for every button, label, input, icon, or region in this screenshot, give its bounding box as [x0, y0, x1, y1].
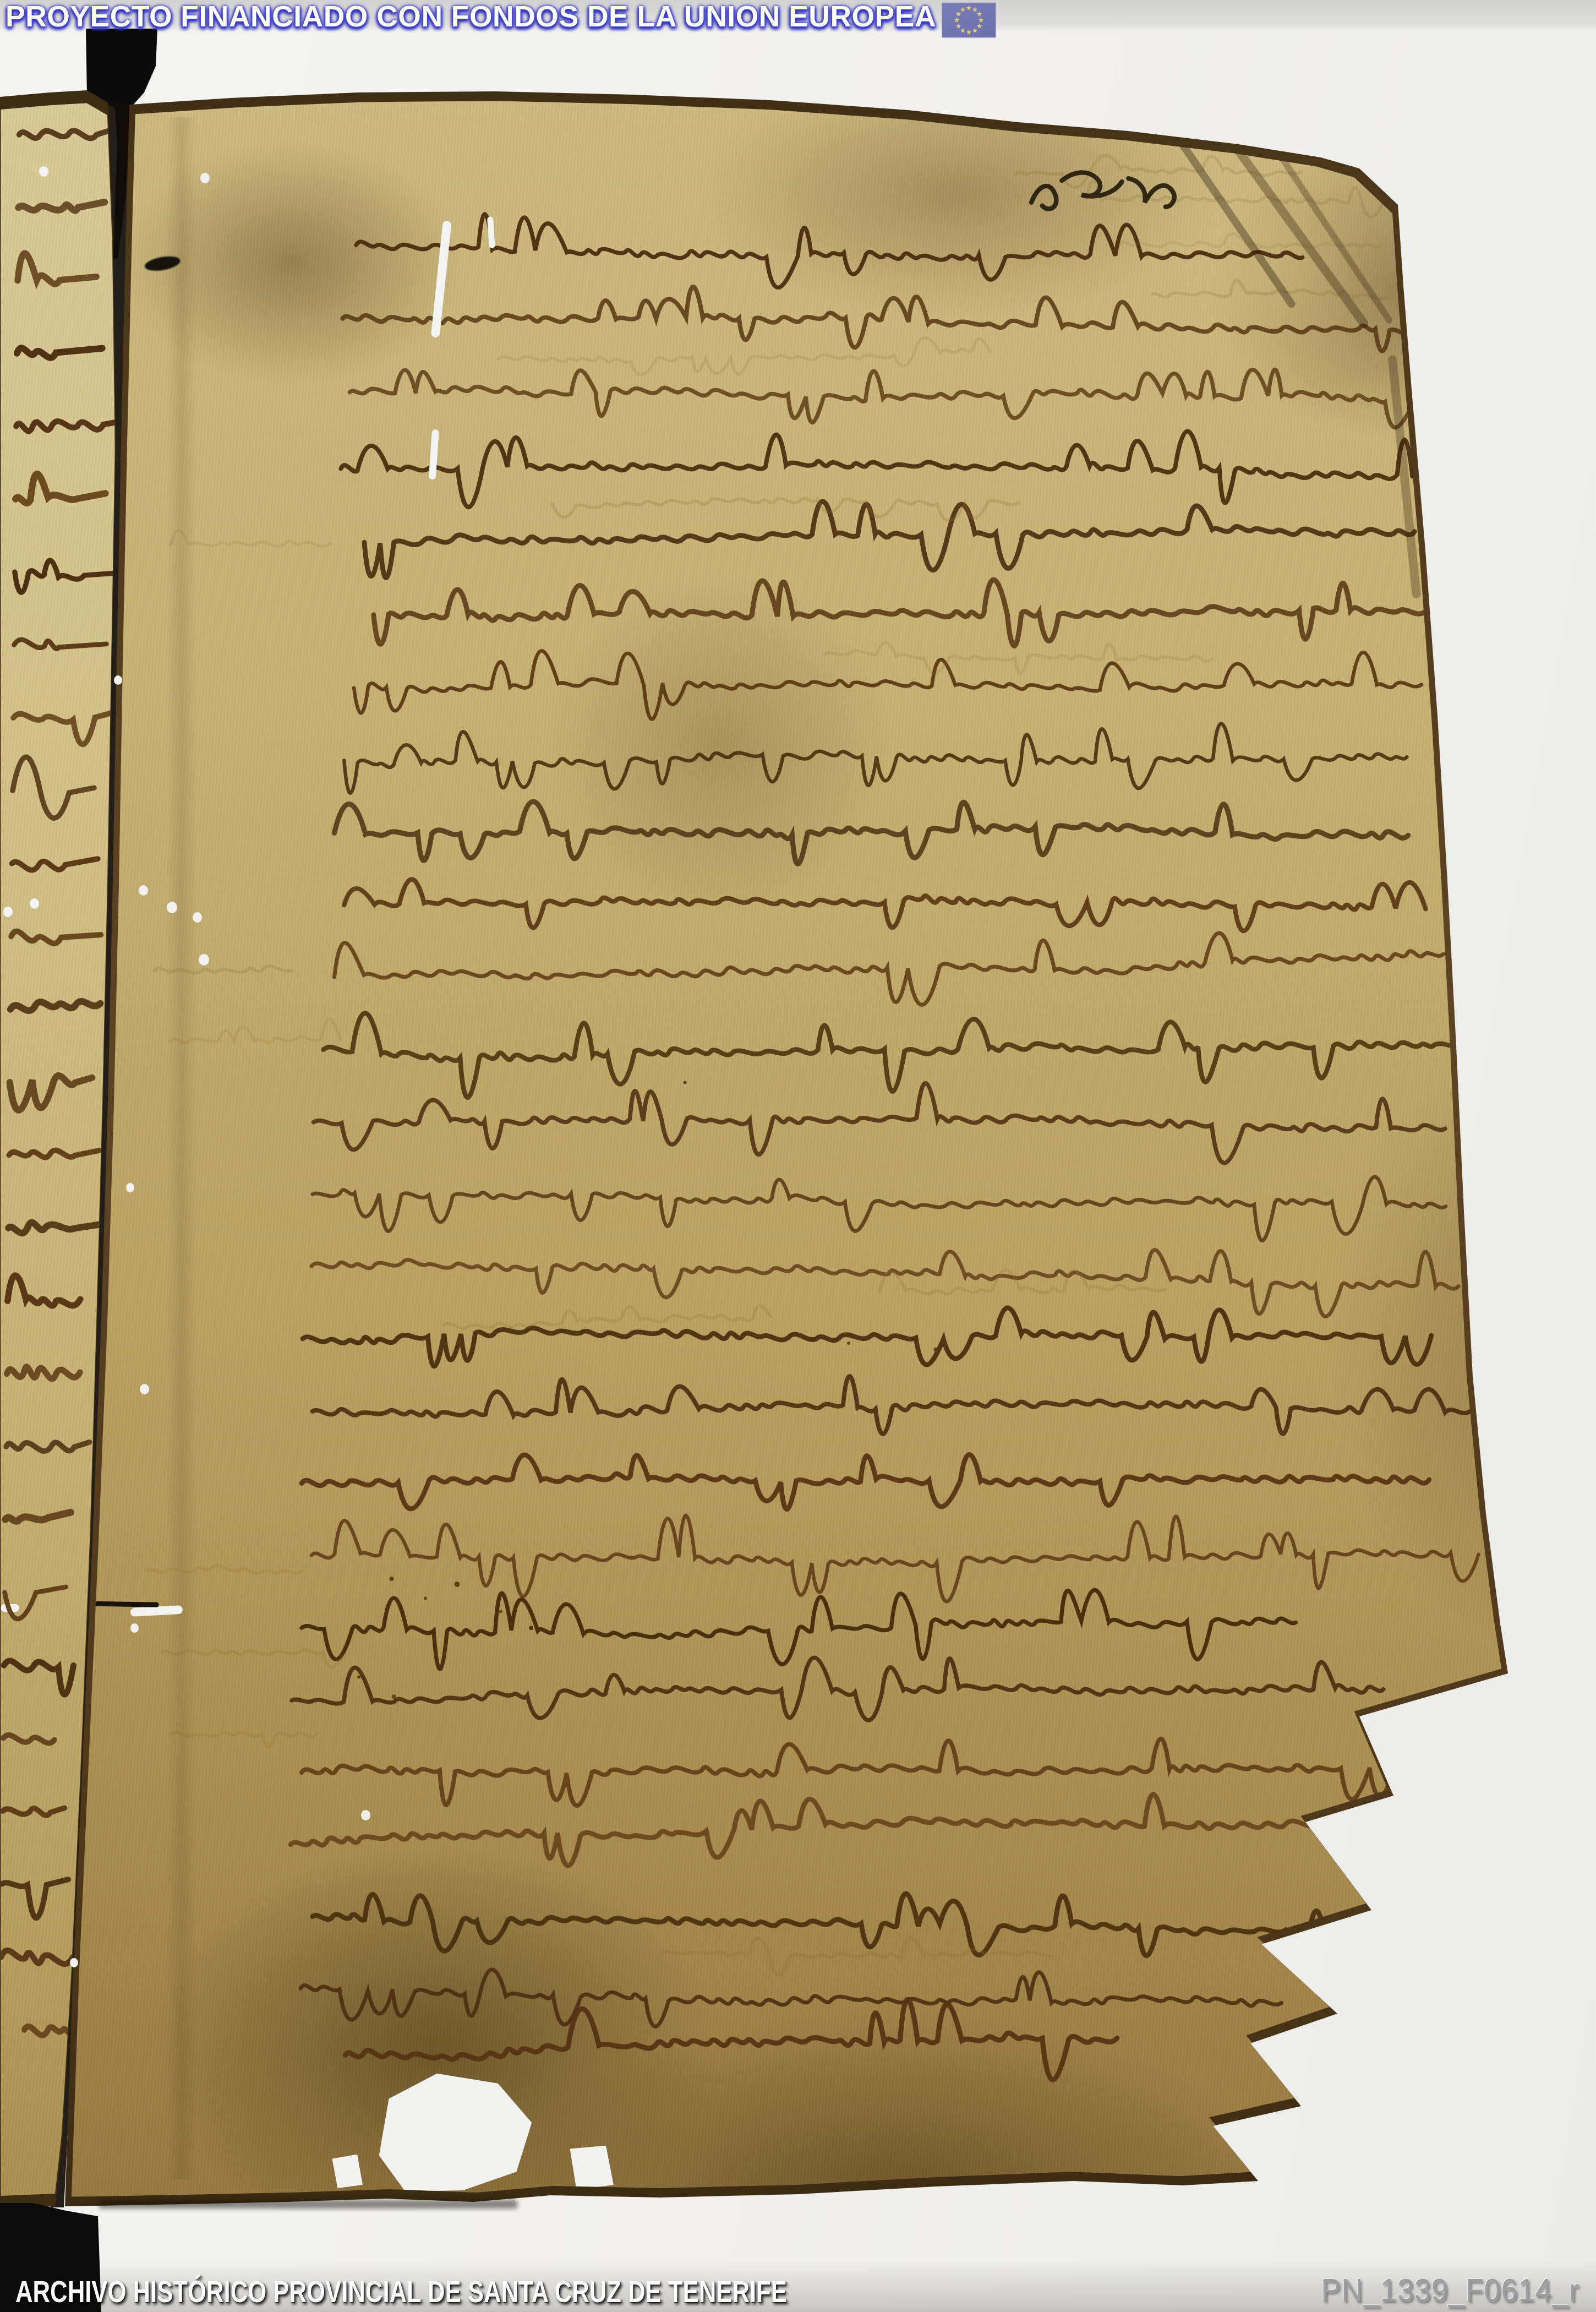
wormholes	[0, 0, 5, 6]
reference-code-label: PN_1339_F0614_r	[1321, 2269, 1579, 2312]
handwriting-layer-main	[7, 10, 1589, 2302]
eu-flag-icon	[942, 3, 996, 37]
archival-document-scan: PROYECTO FINANCIADO CON FONDOS DE LA UNI…	[0, 0, 1596, 2312]
manuscript-page	[0, 0, 1596, 2312]
manuscript-page-surface	[7, 10, 1589, 2302]
archive-name-label: ARCHIVO HISTÓRICO PROVINCIAL DE SANTA CR…	[15, 2271, 787, 2312]
page-edge-shadow	[99, 2200, 517, 2209]
funding-banner-text: PROYECTO FINANCIADO CON FONDOS DE LA UNI…	[6, 0, 936, 32]
